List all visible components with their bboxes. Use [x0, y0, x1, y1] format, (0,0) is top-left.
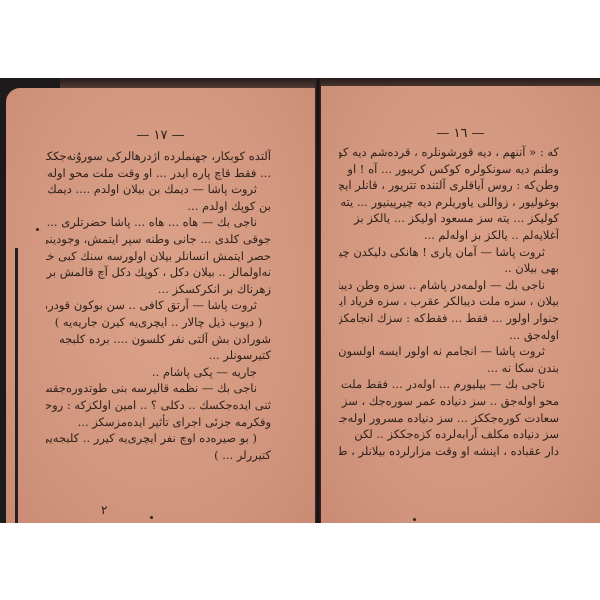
left-page-edge	[15, 248, 18, 523]
right-page-number: — ١٦ —	[321, 126, 600, 141]
book-spine	[315, 78, 321, 523]
text-line: بهی بیلان ..	[339, 260, 559, 277]
text-line: جنوار اولور ... فقط ... فقط‌که : سزك انج…	[339, 310, 559, 327]
text-line: بندن سکا نه ...	[339, 360, 559, 377]
text-line: ناجی بك — اولمه‌در پاشام .. سزه وطن دیبا…	[339, 277, 559, 294]
paper-speck	[413, 518, 416, 521]
text-line: ناجی بك — بیلیورم ... اوله‌در ... فقط مل…	[339, 376, 559, 393]
text-line: محو اوله‌جق .. سز دنیاده عمر سوره‌جك ، س…	[339, 393, 559, 410]
text-line: ناجی بك — هاه ... هاه ... پاشا حضرتلری .…	[46, 214, 271, 231]
text-line: شورادن بش آلتی نفر کلسون .... برده کلبجه	[46, 331, 271, 348]
text-line: ثروت پاشا — انجامم نه اولور ایسه اولسون …	[339, 343, 559, 360]
text-line: ثروت پاشا — دیمك بن بیلان اولدم .... دیم…	[46, 181, 271, 198]
right-page: — ١٦ — كه : « آننهم ، دیه قورشونلره ، قر…	[321, 86, 600, 523]
right-page-text: كه : « آننهم ، دیه قورشونلره ، قرده‌شم د…	[339, 144, 559, 459]
text-line: بن کوپك اولدم ...	[46, 198, 271, 215]
text-line: وفکرمه جزئی اجرای تأثیر ایده‌مزسکز ...	[46, 414, 271, 431]
text-line: وطن‌که : روس آیاقلری آلتنده تتریور ، قان…	[339, 177, 559, 194]
text-line: حصر ایتمش انسانلر بیلان اولورسه سنك کبی …	[46, 248, 271, 265]
left-page: — ١٧ — آلتده کوبکار، جهنملرده اژدرهالرکی…	[6, 88, 315, 523]
text-line: زهرناك بر انکرکسکز ...	[46, 281, 271, 298]
text-line: كه : « آننهم ، دیه قورشونلره ، قرده‌شم د…	[339, 144, 559, 161]
left-page-number: — ١٧ —	[6, 128, 315, 143]
text-line: دار عقباده ، اینشه او وقت مزارلرده بیلان…	[339, 443, 559, 460]
text-line: ثنی ایده‌جکسك .. دکلی ؟ .. امین اولکزکه …	[46, 397, 271, 414]
text-line: ... فقط قاچ پاره ایدر ... او وقت ملت محو…	[46, 165, 271, 182]
text-line: جوقی کلدی ... جانی وطنه سپر ایتمش، وجودی…	[46, 231, 271, 248]
paper-speck	[36, 228, 39, 231]
text-line: آلتده کوبکار، جهنملرده اژدرهالرکی سوروُن…	[46, 148, 271, 165]
text-line: سعادت کوره‌جککز ... سز دنیاده مسرور اوله…	[339, 410, 559, 427]
signature-mark: ٢	[101, 503, 107, 517]
text-line: بیلان ، سزه ملت دیبالکر عقرب ، سزه فریاد…	[339, 293, 559, 310]
text-line: اوله‌جق ...	[339, 327, 559, 344]
text-line: ناجی بك — نظمه قالیرسه بنی طوتدوره‌جقسك …	[46, 380, 271, 397]
book-scan: — ١٧ — آلتده کوبکار، جهنملرده اژدرهالرکی…	[0, 78, 600, 523]
stage-direction: ( دیوب ذیل چالار .. ایچری‌یه کیرن جاریه‌…	[46, 314, 271, 331]
text-line: سز دنیاده مکلف آرابه‌لرده کزه‌جککز .. لک…	[339, 426, 559, 443]
stage-direction: ( بو صیره‌ده اوچ نفر ایچری‌یه کیرر .. کل…	[46, 430, 271, 447]
text-line: نه‌اولمالز .. بیلان دکل ، کوپك دکل آچ قا…	[46, 264, 271, 281]
stage-direction: کتیررلر ... )	[46, 447, 271, 464]
text-line: جاریه — پکی پاشام ..	[46, 364, 271, 381]
text-line: ثروت پاشا — آرتق کافی .. سن بوکون قودرمش…	[46, 297, 271, 314]
text-line: ثروت پاشا — آمان یاری ! هانکی دلیکدن چیق…	[339, 244, 559, 261]
left-page-text: آلتده کوبکار، جهنملرده اژدرهالرکی سوروُن…	[46, 148, 271, 463]
text-line: کتیرسونلر ...	[46, 347, 271, 364]
text-line: بوغولیور ، زواللی یاوریلرم دیه چیرپینیور…	[339, 194, 559, 211]
text-line: کولیکز ... یته سز مسعود اولیکز ... یالکز…	[339, 210, 559, 227]
text-line: وطنم دیه سونکولره کوکس کریبور ... آه ! ا…	[339, 161, 559, 178]
text-line: آغلایه‌لم .. یالکز بز اوله‌لم ...	[339, 227, 559, 244]
paper-speck	[150, 516, 153, 519]
